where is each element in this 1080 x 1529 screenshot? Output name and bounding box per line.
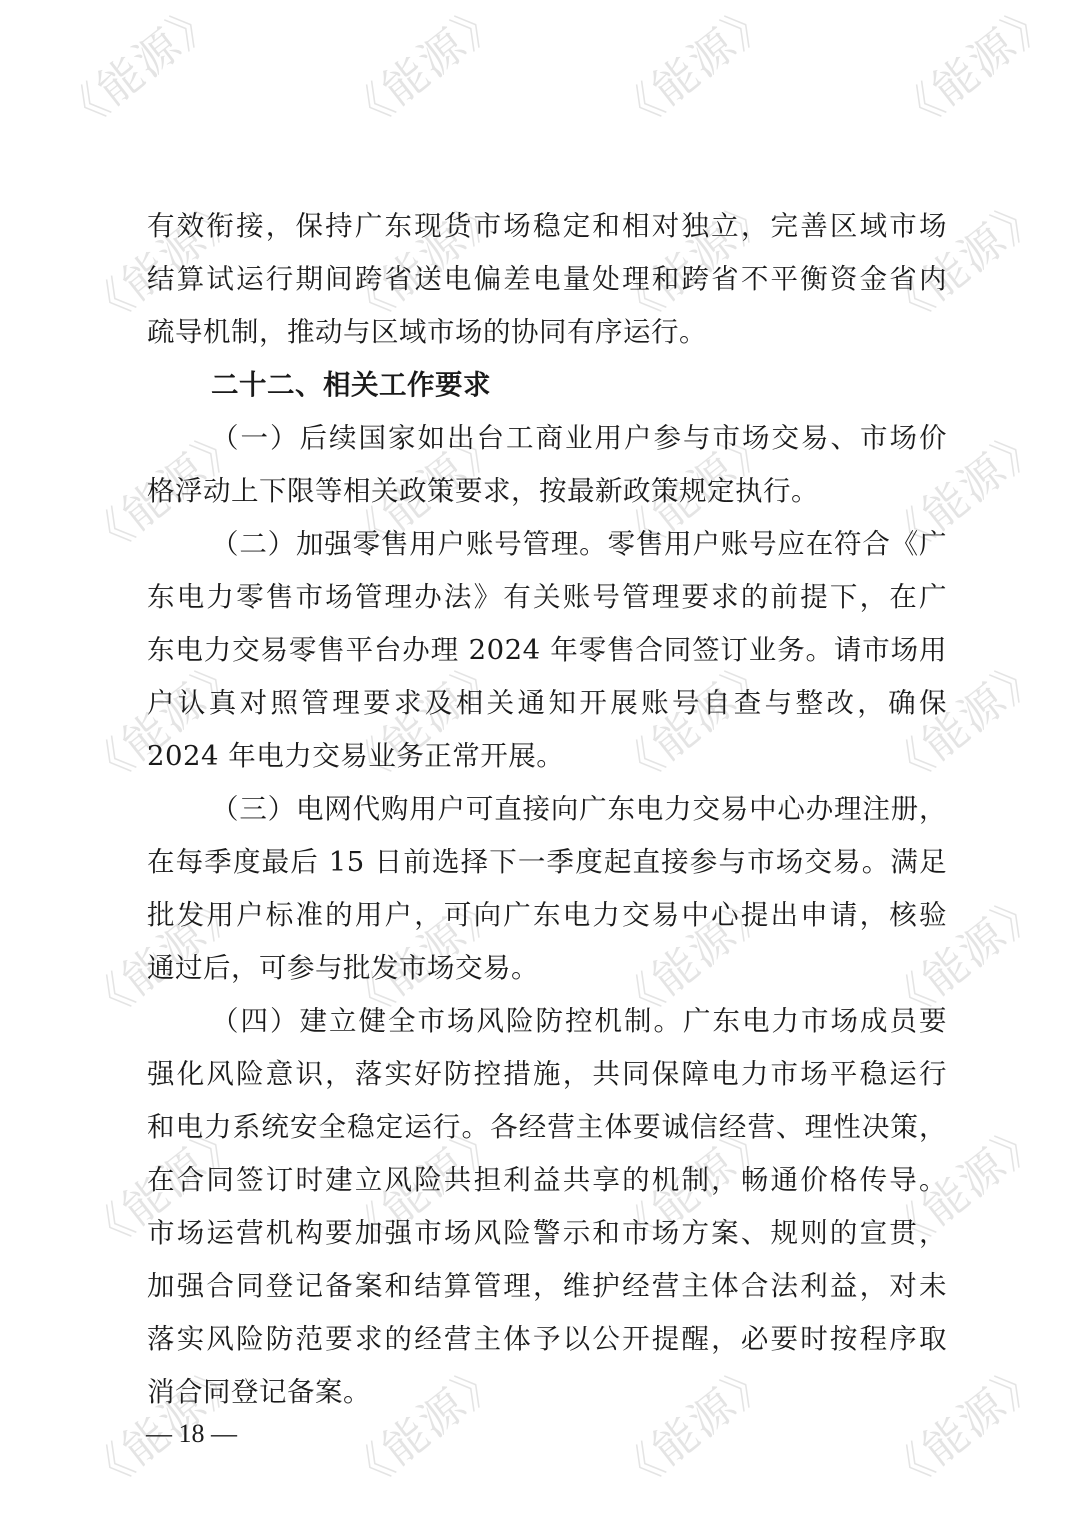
text-line: 格浮动上下限等相关政策要求，按最新政策规定执行。 <box>147 465 947 518</box>
text-line: 疏导机制，推动与区域市场的协同有序运行。 <box>147 306 947 359</box>
text-line: 强化风险意识，落实好防控措施，共同保障电力市场平稳运行 <box>147 1048 947 1101</box>
text-line: 通过后，可参与批发市场交易。 <box>147 942 947 995</box>
text-line: 东电力零售市场管理办法》有关账号管理要求的前提下，在广 <box>147 571 947 624</box>
text-line: 消合同登记备案。 <box>147 1366 947 1419</box>
page-number: — 18 — <box>146 1419 237 1449</box>
text-line: 落实风险防范要求的经营主体予以公开提醒，必要时按程序取 <box>147 1313 947 1366</box>
text-line: 市场运营机构要加强市场风险警示和市场方案、规则的宣贯， <box>147 1207 947 1260</box>
text-line: 结算试运行期间跨省送电偏差电量处理和跨省不平衡资金省内 <box>147 253 947 306</box>
watermark-text: 《能源》 <box>880 0 1064 145</box>
section-heading: 二十二、相关工作要求 <box>147 359 947 412</box>
watermark-text: 《能源》 <box>600 0 784 145</box>
text-line: 批发用户标准的用户，可向广东电力交易中心提出申请，核验 <box>147 889 947 942</box>
text-line: 在合同签订时建立风险共担利益共享的机制，畅通价格传导。 <box>147 1154 947 1207</box>
text-line: （一）后续国家如出台工商业用户参与市场交易、市场价 <box>147 412 947 465</box>
text-line: （二）加强零售用户账号管理。零售用户账号应在符合《广 <box>147 518 947 571</box>
text-line: 2024 年电力交易业务正常开展。 <box>147 730 947 783</box>
text-line: 有效衔接，保持广东现货市场稳定和相对独立，完善区域市场 <box>147 200 947 253</box>
text-line: 在每季度最后 15 日前选择下一季度起直接参与市场交易。满足 <box>147 836 947 889</box>
text-line: 户认真对照管理要求及相关通知开展账号自查与整改，确保 <box>147 677 947 730</box>
text-line: 和电力系统安全稳定运行。各经营主体要诚信经营、理性决策， <box>147 1101 947 1154</box>
text-line: 加强合同登记备案和结算管理，维护经营主体合法利益，对未 <box>147 1260 947 1313</box>
document-body: 有效衔接，保持广东现货市场稳定和相对独立，完善区域市场结算试运行期间跨省送电偏差… <box>147 200 947 1419</box>
text-line: 东电力交易零售平台办理 2024 年零售合同签订业务。请市场用 <box>147 624 947 677</box>
watermark-text: 《能源》 <box>330 0 514 145</box>
text-line: （四）建立健全市场风险防控机制。广东电力市场成员要 <box>147 995 947 1048</box>
text-line: （三）电网代购用户可直接向广东电力交易中心办理注册， <box>147 783 947 836</box>
watermark-text: 《能源》 <box>45 0 229 145</box>
